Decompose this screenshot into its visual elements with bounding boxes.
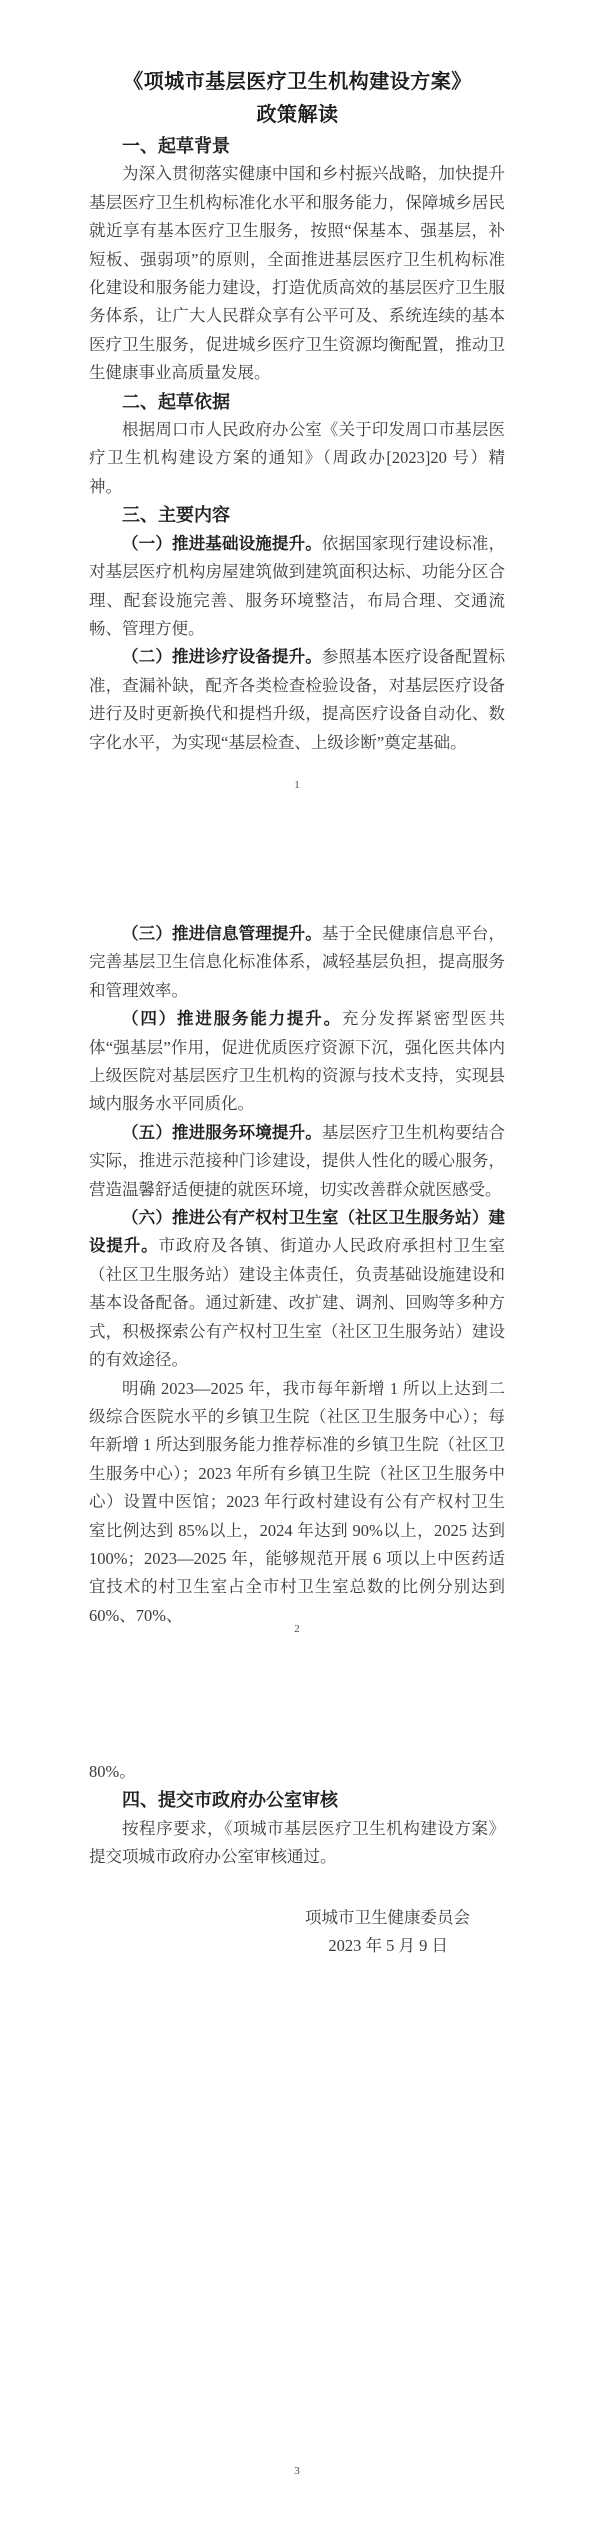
signature-block: 项城市卫生健康委员会 2023 年 5 月 9 日 (89, 1904, 505, 1961)
page2-content: （三）推进信息管理提升。基于全民健康信息平台，完善基层卫生信息化标准体系，减轻基… (89, 920, 505, 1630)
item-3-lead: （三）推进信息管理提升。 (122, 924, 322, 943)
paragraph-item-2-equipment: （二）推进诊疗设备提升。参照基本医疗设备配置标准，查漏补缺，配齐各类检查检验设备… (89, 643, 505, 757)
paragraph-item-3-information: （三）推进信息管理提升。基于全民健康信息平台，完善基层卫生信息化标准体系，减轻基… (89, 920, 505, 1005)
paragraph-item-1-infrastructure: （一）推进基础设施提升。依据国家现行建设标准，对基层医疗机构房屋建筑做到建筑面积… (89, 530, 505, 644)
document-page-2: （三）推进信息管理提升。基于全民健康信息平台，完善基层卫生信息化标准体系，减轻基… (0, 920, 595, 1630)
page-number-2: 2 (89, 1622, 505, 1636)
policy-document: 《项城市基层医疗卫生机构建设方案》 政策解读 一、起草背景 为深入贯彻落实健康中… (0, 0, 595, 2526)
item-1-lead: （一）推进基础设施提升。 (122, 534, 322, 553)
paragraph-goals-continued: 80%。 (89, 1758, 505, 1786)
document-page-3: 80%。 四、提交市政府办公室审核 按程序要求，《项城市基层医疗卫生机构建设方案… (0, 1758, 595, 1960)
item-6-text: 市政府及各镇、街道办人民政府承担村卫生室（社区卫生服务站）建设主体责任，负责基础… (89, 1236, 505, 1369)
paragraph-item-4-service-capacity: （四）推进服务能力提升。充分发挥紧密型医共体“强基层”作用，促进优质医疗资源下沉… (89, 1005, 505, 1119)
signature-date: 2023 年 5 月 9 日 (89, 1932, 505, 1960)
paragraph-item-6-village-clinics: （六）推进公有产权村卫生室（社区卫生服务站）建设提升。市政府及各镇、街道办人民政… (89, 1204, 505, 1374)
section-heading-drafting-basis: 二、起草依据 (89, 388, 505, 416)
page-number-1: 1 (89, 778, 505, 792)
document-page-1: 《项城市基层医疗卫生机构建设方案》 政策解读 一、起草背景 为深入贯彻落实健康中… (0, 0, 595, 757)
paragraph-item-5-service-environment: （五）推进服务环境提升。基层医疗卫生机构要结合实际，推进示范接种门诊建设，提供人… (89, 1119, 505, 1204)
item-5-lead: （五）推进服务环境提升。 (122, 1123, 322, 1142)
paragraph-drafting-background: 为深入贯彻落实健康中国和乡村振兴战略，加快提升基层医疗卫生机构标准化水平和服务能… (89, 160, 505, 387)
signature-organization: 项城市卫生健康委员会 (89, 1904, 505, 1932)
paragraph-goals-2023-2025: 明确 2023—2025 年，我市每年新增 1 所以上达到二级综合医院水平的乡镇… (89, 1375, 505, 1631)
item-4-lead: （四）推进服务能力提升。 (122, 1009, 342, 1028)
section-heading-submit-review: 四、提交市政府办公室审核 (89, 1786, 505, 1814)
document-title: 《项城市基层医疗卫生机构建设方案》 政策解读 (0, 0, 595, 132)
paragraph-drafting-basis: 根据周口市人民政府办公室《关于印发周口市基层医疗卫生机构建设方案的通知》（周政办… (89, 416, 505, 501)
document-title-line2: 政策解读 (257, 104, 339, 126)
section-heading-drafting-background: 一、起草背景 (89, 132, 505, 160)
document-title-line1: 《项城市基层医疗卫生机构建设方案》 (123, 71, 472, 93)
item-2-lead: （二）推进诊疗设备提升。 (122, 647, 322, 666)
page-number-3: 3 (89, 2464, 505, 2478)
paragraph-submit-review: 按程序要求，《项城市基层医疗卫生机构建设方案》提交项城市政府办公室审核通过。 (89, 1815, 505, 1872)
section-heading-main-content: 三、主要内容 (89, 501, 505, 529)
page3-content: 80%。 四、提交市政府办公室审核 按程序要求，《项城市基层医疗卫生机构建设方案… (89, 1758, 505, 1960)
page1-content: 一、起草背景 为深入贯彻落实健康中国和乡村振兴战略，加快提升基层医疗卫生机构标准… (89, 132, 505, 757)
